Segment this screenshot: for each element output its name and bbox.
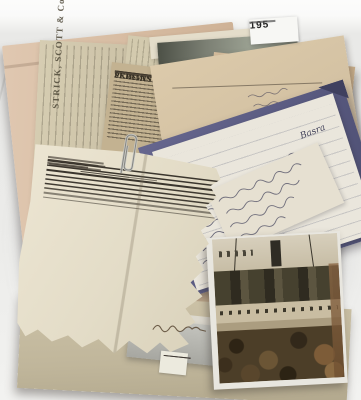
ship-photograph [206,231,348,390]
auction-lot-tag: 195 [249,16,299,44]
stamp-label [159,351,188,376]
ship-photo-image [212,233,344,383]
auction-lot-photograph: STRICK, SCOTT & Co. PERSIAN SKIRMISH Bas… [0,0,361,400]
ship-funnel [270,240,281,266]
foreground-brush [217,325,345,383]
label-text-line [164,355,191,359]
